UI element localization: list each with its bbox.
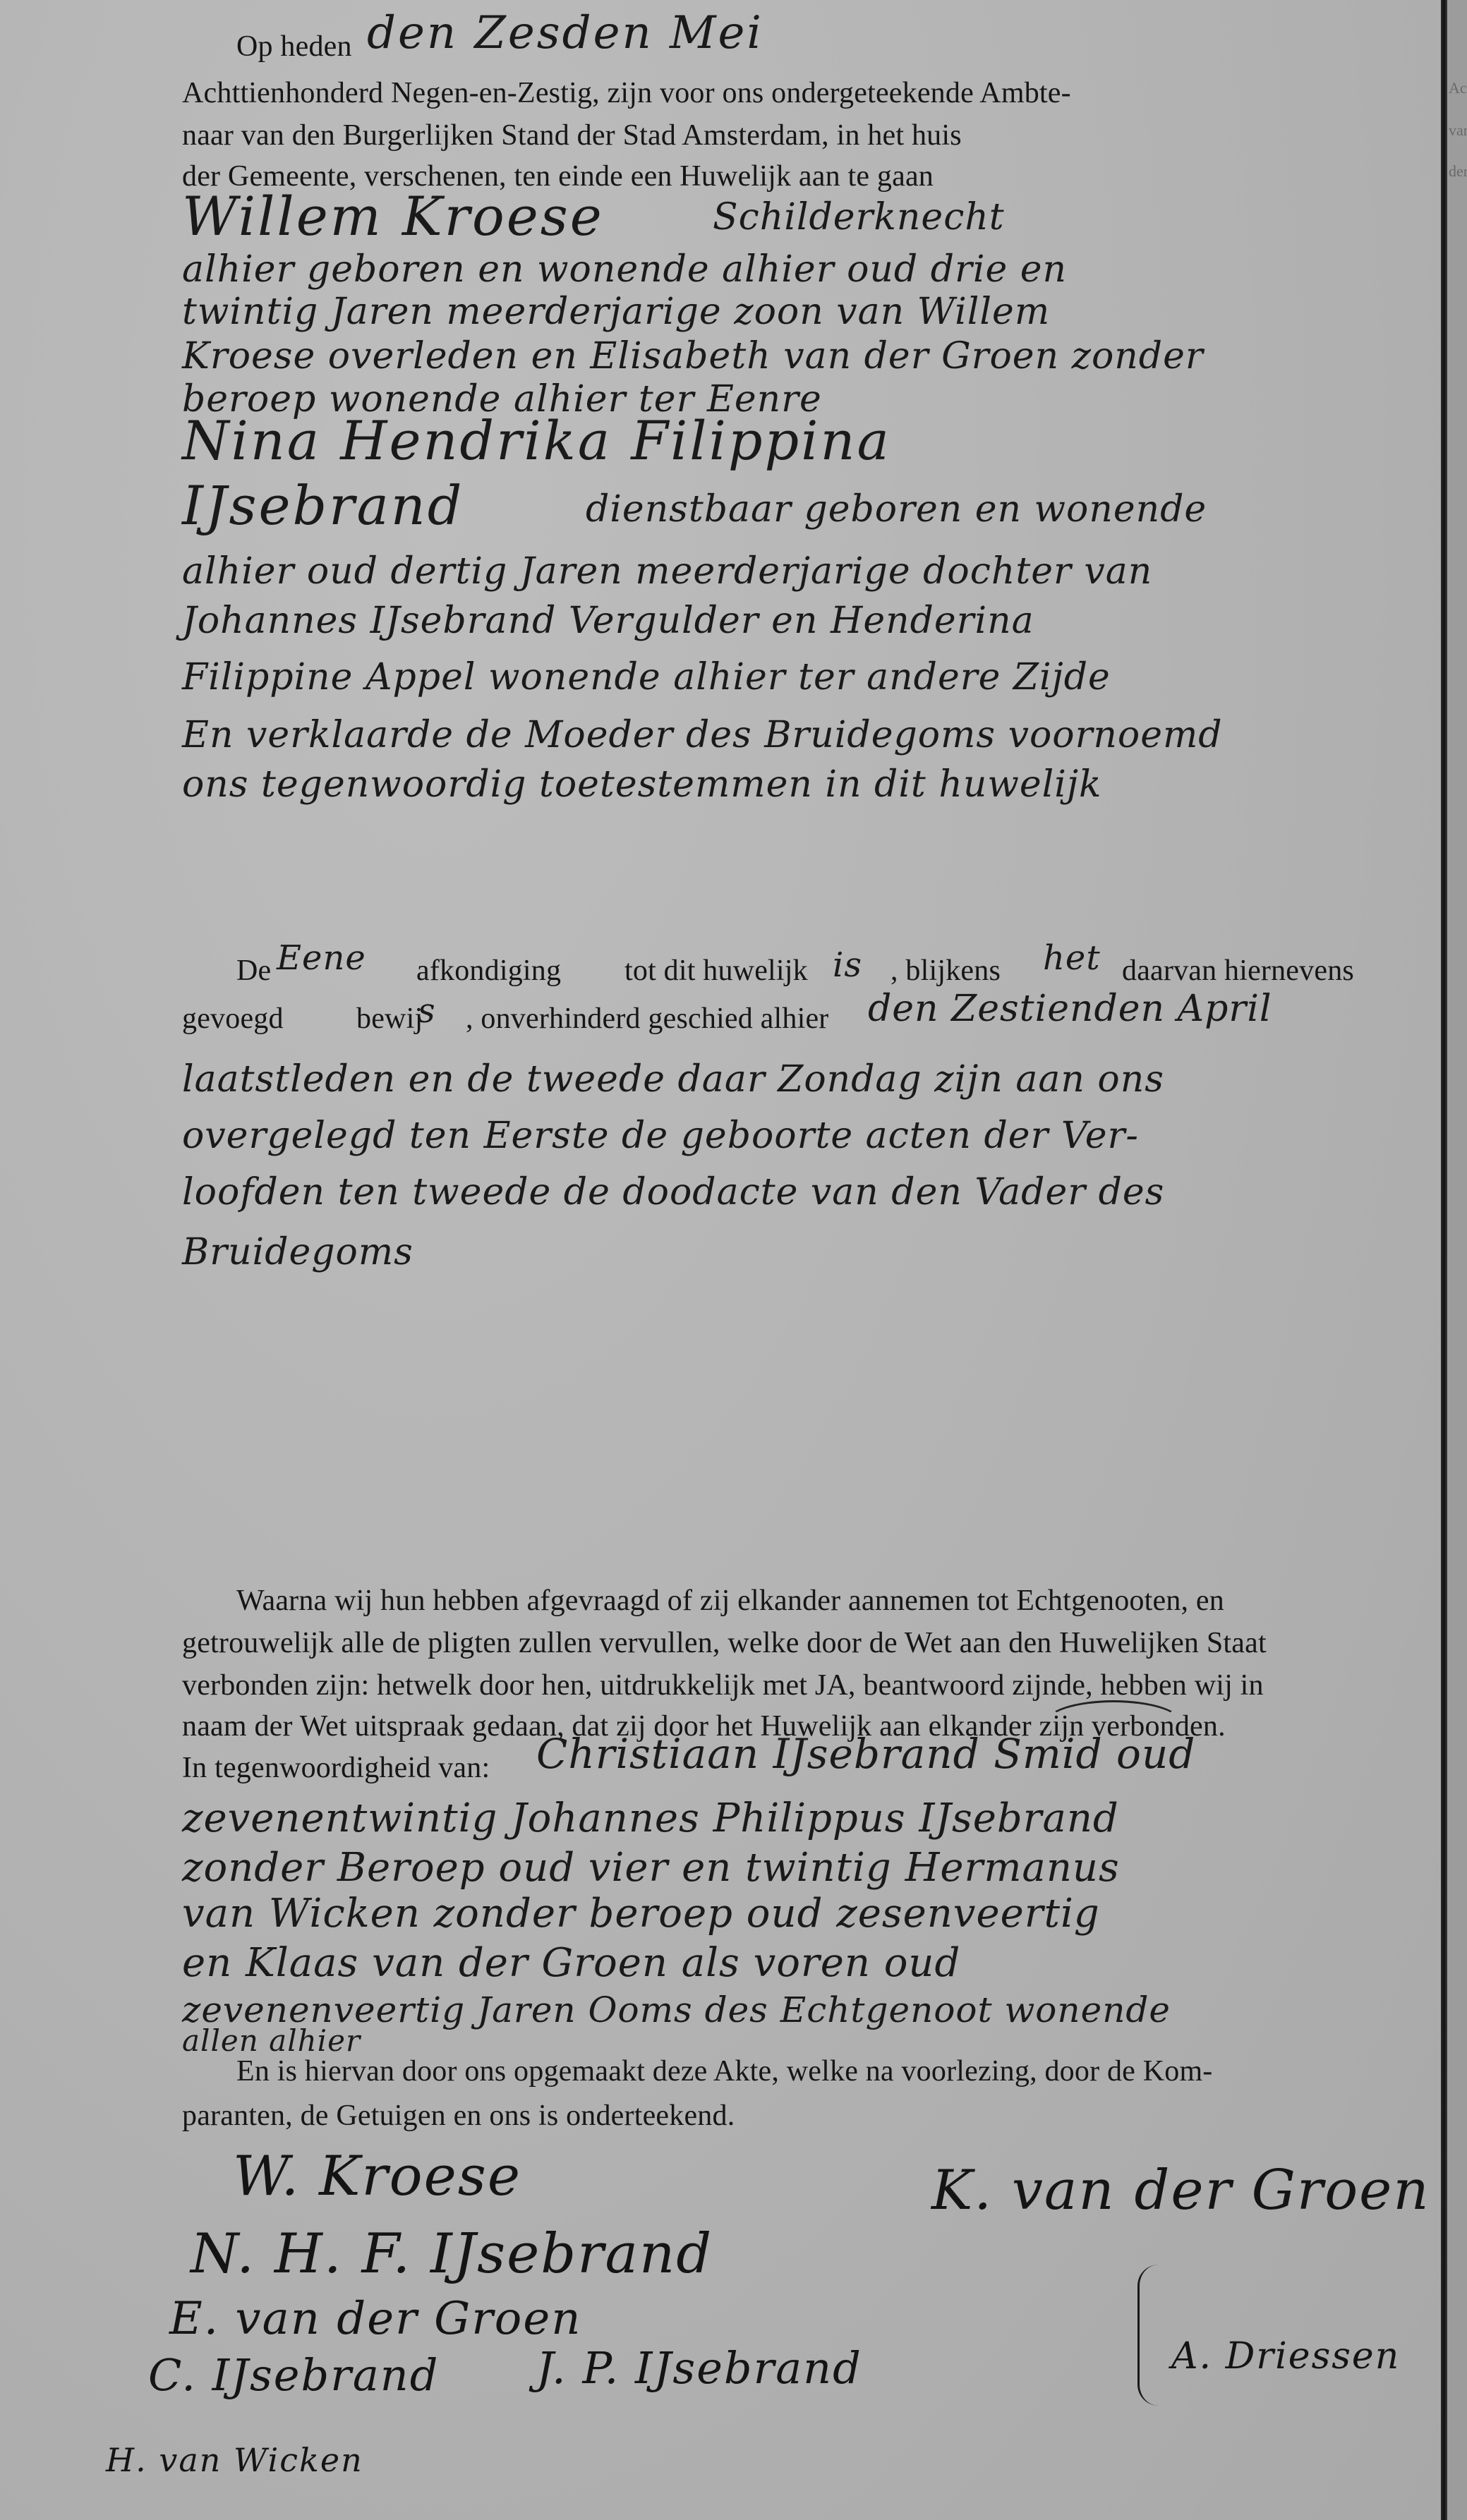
bride-line-1: dienstbaar geboren en wonende (586, 488, 1207, 531)
adjacent-fragment: Achttienh (1449, 79, 1467, 97)
groom-line-2: alhier geboren en wonende alhier oud dri… (182, 248, 1067, 291)
banns-fill-is: is (833, 945, 862, 985)
banns-line-1: laatstleden en de tweede daar Zondag zij… (182, 1058, 1164, 1101)
consent-line-2: ons tegenwoordig toetestemmen in dit huw… (182, 763, 1102, 806)
groom-name: Willem Kroese (182, 185, 604, 248)
printed-afkondiging: afkondiging (416, 954, 561, 988)
printed-final-2: paranten, de Getuigen en ons is ondertee… (182, 2099, 735, 2133)
signature-witness-c-ysebrand: C. IJsebrand (148, 2349, 439, 2401)
printed-final-1: En is hiervan door ons opgemaakt deze Ak… (236, 2054, 1213, 2088)
adjacent-page-strip: Achttienh van den Bu der Gemeen (1447, 0, 1467, 2520)
printed-line-2: Achttienhonderd Negen-en-Zestig, zijn vo… (182, 76, 1071, 110)
printed-bewij: bewij (356, 1002, 423, 1036)
printed-banns-de: De (236, 954, 271, 988)
witness-line-4: van Wicken zonder beroep oud zesenveerti… (182, 1891, 1100, 1937)
printed-gevoegd: gevoegd (182, 1002, 284, 1036)
decorative-flourish (1044, 1700, 1183, 1747)
bride-name: Nina Hendrika Filippina (182, 409, 891, 472)
signature-witness-j-ysebrand: J. P. IJsebrand (536, 2342, 862, 2394)
witness-line-3: zonder Beroep oud vier en twintig Herman… (182, 1845, 1120, 1891)
printed-daarvan: daarvan hiernevens (1122, 954, 1354, 988)
witness-line-2: zevenentwintig Johannes Philippus IJsebr… (182, 1795, 1119, 1841)
printed-closing-3: verbonden zijn: hetwelk door hen, uitdru… (182, 1668, 1264, 1702)
adjacent-fragment: der Gemeen (1449, 162, 1467, 181)
signature-official: A. Driessen (1171, 2335, 1400, 2377)
groom-occupation: Schilderknecht (713, 196, 1005, 238)
signature-brace (1137, 2265, 1161, 2406)
signature-mother: K. van der Groen (931, 2159, 1430, 2222)
bride-line-3: Johannes IJsebrand Vergulder en Henderin… (182, 600, 1034, 642)
witness-line-7: allen alhier (182, 2023, 361, 2058)
banns-count: Eene (277, 938, 366, 978)
bride-line-2: alhier oud dertig Jaren meerderjarige do… (182, 550, 1152, 593)
printed-onverhinderd: , onverhinderd geschied alhier (466, 1002, 828, 1036)
groom-line-3: twintig Jaren meerderjarige zoon van Wil… (182, 291, 1050, 333)
printed-line-3: naar van den Burgerlijken Stand der Stad… (182, 119, 962, 152)
banns-line-4: Bruidegoms (182, 1231, 413, 1273)
witness-line-5: en Klaas van der Groen als voren oud (182, 1940, 960, 1986)
adjacent-fragment: van den Bu (1449, 121, 1467, 140)
certificate-page: Op heden den Zesden Mei Achttienhonderd … (0, 0, 1445, 2520)
banns-fill-s: s (418, 991, 436, 1031)
printed-closing-2: getrouwelijk alle de pligten zullen verv… (182, 1626, 1267, 1660)
banns-line-3: loofden ten tweede de doodacte van den V… (182, 1171, 1164, 1213)
handwritten-date: den Zesden Mei (367, 7, 763, 59)
page-binding-edge (1441, 0, 1447, 2520)
printed-closing-1: Waarna wij hun hebben afgevraagd of zij … (236, 1584, 1224, 1618)
banns-fill-het: het (1043, 938, 1101, 978)
banns-date: den Zestienden April (868, 988, 1272, 1030)
banns-line-2: overgelegd ten Eerste de geboorte acten … (182, 1115, 1139, 1157)
signature-witness-wicken: H. van Wicken (106, 2441, 363, 2479)
bride-surname: IJsebrand (182, 474, 464, 537)
printed-witness-label: In tegenwoordigheid van: (182, 1751, 490, 1785)
groom-line-4: Kroese overleden en Elisabeth van der Gr… (182, 335, 1204, 377)
printed-op-heden: Op heden (236, 30, 352, 63)
signature-witness-groen: E. van der Groen (169, 2293, 581, 2345)
printed-blijkens: , blijkens (891, 954, 1001, 988)
consent-line-1: En verklaarde de Moeder des Bruidegoms v… (182, 714, 1223, 756)
signature-bride: N. H. F. IJsebrand (191, 2222, 713, 2286)
bride-line-4: Filippine Appel wonende alhier ter ander… (182, 656, 1111, 698)
printed-tot-dit-huwelijk: tot dit huwelijk (624, 954, 808, 988)
signature-groom: W. Kroese (233, 2145, 521, 2208)
